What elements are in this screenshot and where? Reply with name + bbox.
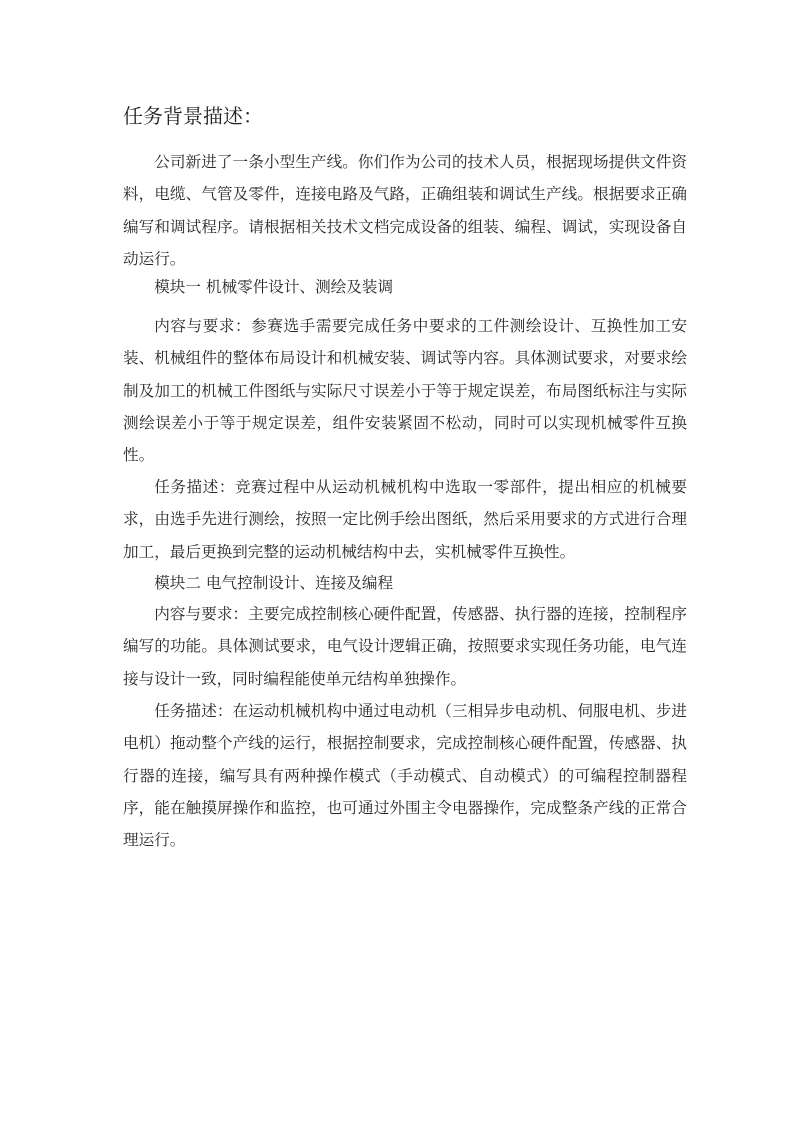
module-1-task: 任务描述：竞赛过程中从运动机械机构中选取一零部件，提出相应的机械要求，由选手先进… bbox=[123, 471, 687, 568]
module-2-heading: 模块二 电气控制设计、连接及编程 bbox=[123, 571, 393, 595]
page-title: 任务背景描述： bbox=[123, 104, 263, 128]
module-2-requirements: 内容与要求：主要完成控制核心硬件配置，传感器、执行器的连接，控制程序编写的功能。… bbox=[123, 598, 687, 695]
module-1-requirements: 内容与要求：参赛选手需要完成任务中要求的工件测绘设计、互换性加工安装、机械组件的… bbox=[123, 310, 687, 471]
module-2-task: 任务描述：在运动机械机构中通过电动机（三相异步电动机、伺服电机、步进电机）拖动整… bbox=[123, 695, 687, 856]
intro-paragraph: 公司新进了一条小型生产线。你们作为公司的技术人员，根据现场提供文件资料，电缆、气… bbox=[123, 146, 687, 275]
module-1-heading: 模块一 机械零件设计、测绘及装调 bbox=[123, 275, 393, 299]
